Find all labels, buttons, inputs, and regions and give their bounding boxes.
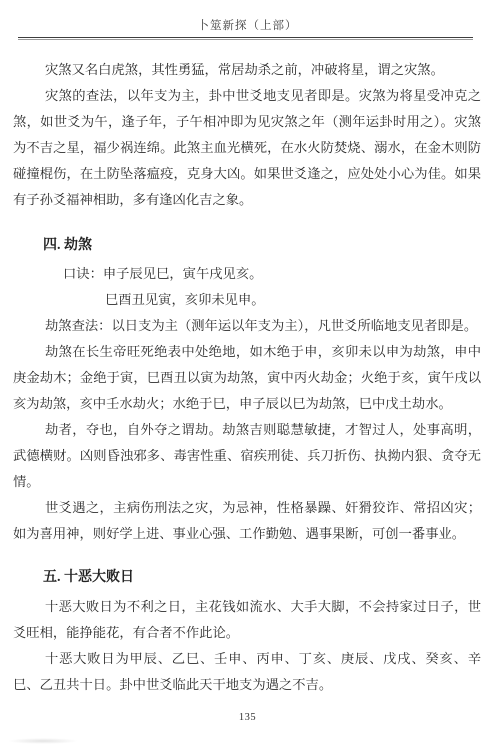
paragraph-zaisha-method: 灾煞的查法，以年支为主，卦中世爻地支见者即是。灾煞为将星受冲克之煞，如世爻为午，… bbox=[13, 83, 481, 213]
book-page: 卜筮新探（上部） 灾煞又名白虎煞，其性勇猛，常居劫杀之前，冲破将星，谓之灾煞。 … bbox=[0, 0, 495, 749]
paragraph-jiesha-meaning: 劫者，夺也，自外夺之谓劫。劫煞吉则聪慧敏捷，才智过人，处事高明，武德横财。凶则昏… bbox=[13, 417, 481, 495]
paragraph-jiesha-method: 劫煞查法：以日支为主（测年运以年支为主），凡世爻所临地支见者即是。 bbox=[13, 313, 481, 339]
paragraph-shie-intro: 十恶大败日为不利之日，主花钱如流水、大手大脚，不会持家过日子，世爻旺相，能挣能花… bbox=[13, 594, 481, 646]
paragraph-jiesha-jue: 劫煞在长生帝旺死绝表中处绝地，如木绝于申，亥卯未以申为劫煞，申中庚金劫木；金绝于… bbox=[13, 339, 481, 417]
header-rule bbox=[18, 37, 473, 40]
scan-smudge-artifact bbox=[8, 738, 78, 744]
page-header: 卜筮新探（上部） bbox=[0, 0, 495, 40]
section-heading-shie-dabai: 五. 十恶大败日 bbox=[43, 567, 481, 589]
running-head-title: 卜筮新探（上部） bbox=[0, 18, 495, 34]
page-body: 灾煞又名白虎煞，其性勇猛，常居劫杀之前，冲破将星，谓之灾煞。 灾煞的查法，以年支… bbox=[0, 57, 495, 698]
paragraph-shie-days: 十恶大败日为甲辰、乙巳、壬申、丙申、丁亥、庚辰、戊戌、癸亥、辛巳、乙丑共十日。卦… bbox=[13, 646, 481, 698]
koujue-verse-line-2: 巳酉丑见寅，亥卯未见申。 bbox=[13, 287, 481, 313]
section-heading-jiesha: 四. 劫煞 bbox=[43, 235, 481, 257]
paragraph-jiesha-shiyao: 世爻遇之，主病伤刑法之灾，为忌神，性格暴躁、奸猾狡诈、常招凶灾；如为喜用神，则好… bbox=[13, 495, 481, 547]
page-number: 135 bbox=[0, 712, 495, 723]
koujue-verse-line-1: 口诀：申子辰见巳，寅午戌见亥。 bbox=[13, 261, 481, 287]
paragraph-zaisha-intro: 灾煞又名白虎煞，其性勇猛，常居劫杀之前，冲破将星，谓之灾煞。 bbox=[13, 57, 481, 83]
